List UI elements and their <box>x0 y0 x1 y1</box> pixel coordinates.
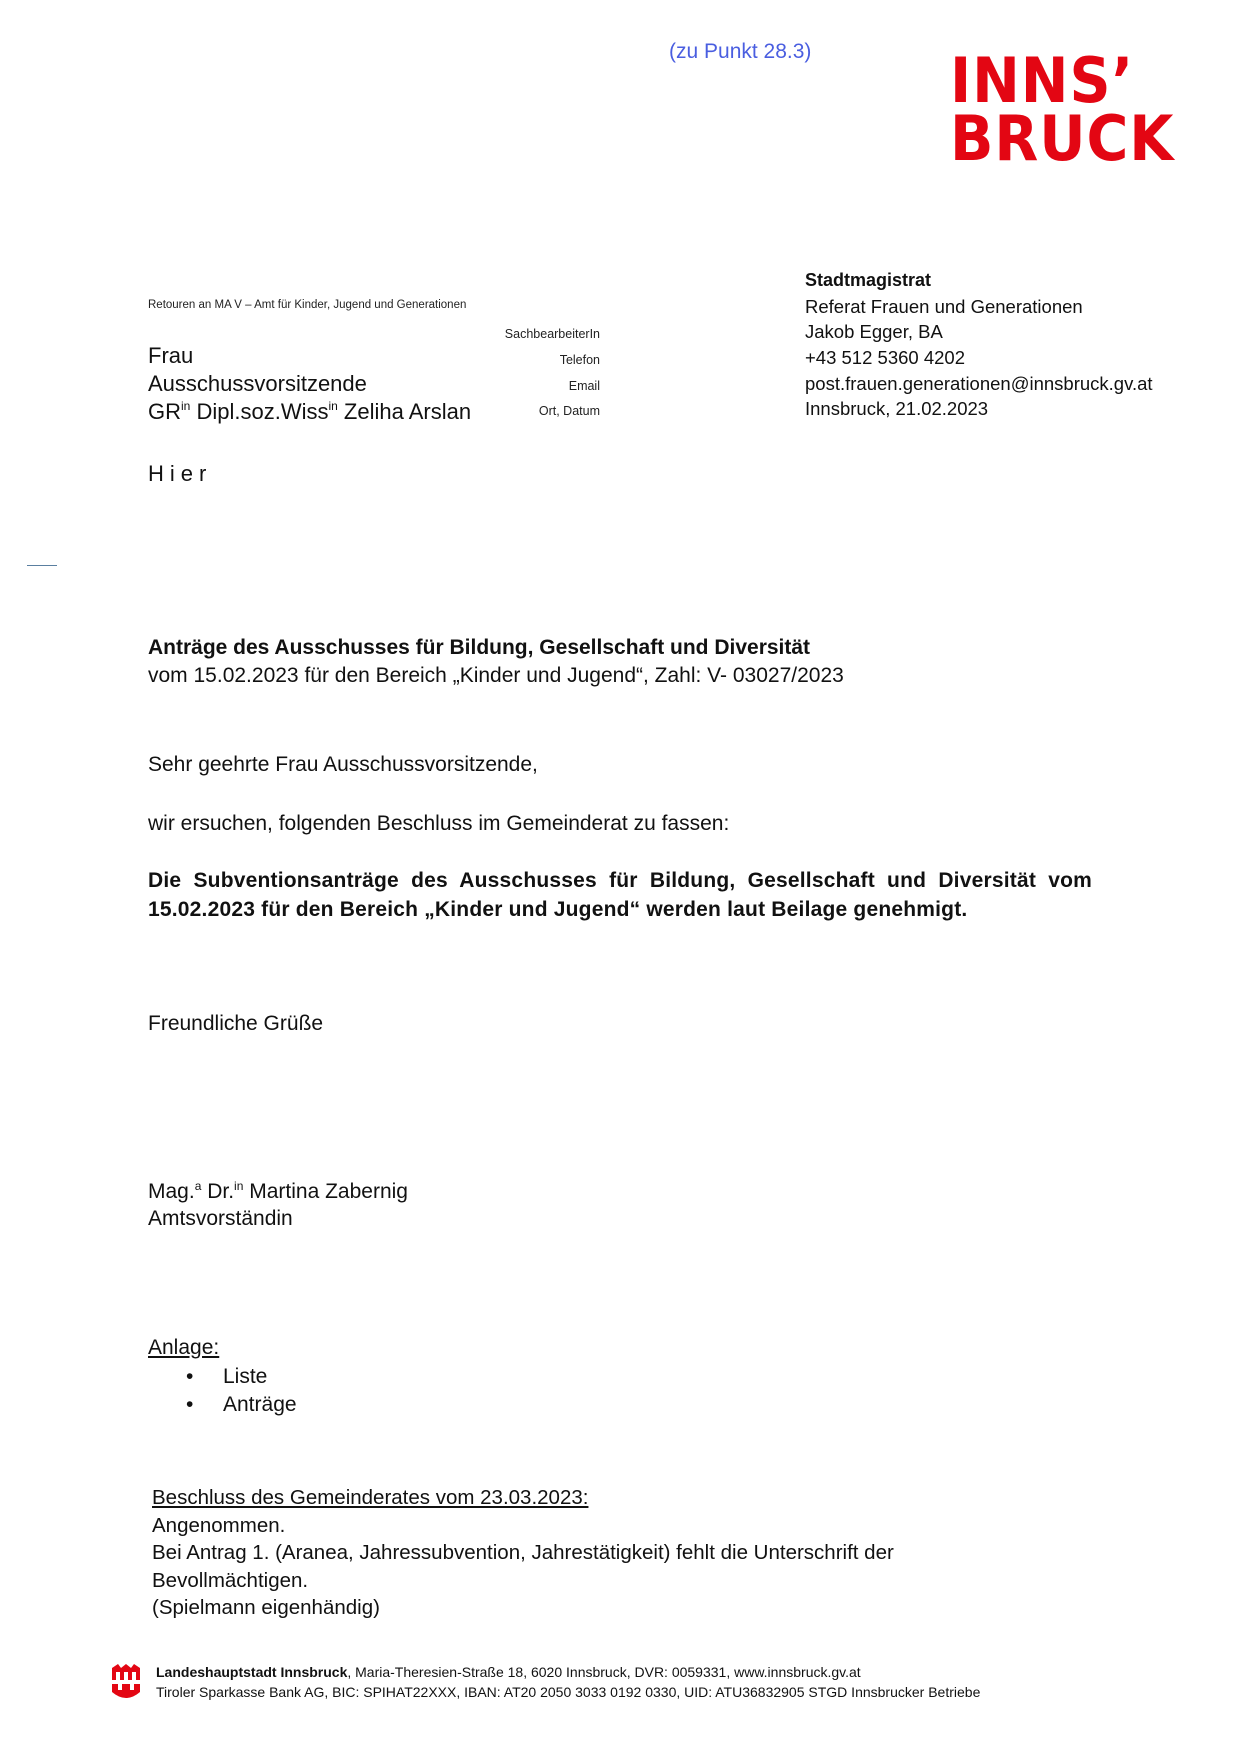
signer-name: Mag.a Dr.in Martina Zabernig <box>148 1178 408 1205</box>
council-decision-line: Bevollmächtigen. <box>152 1567 894 1595</box>
signer-role: Amtsvorständin <box>148 1205 408 1232</box>
return-address: Retouren an MA V – Amt für Kinder, Jugen… <box>148 299 466 311</box>
value-clerk: Jakob Egger, BA <box>805 321 943 343</box>
sender-department: Referat Frauen und Generationen <box>805 296 1083 318</box>
footer-address: , Maria-Theresien-Straße 18, 6020 Innsbr… <box>347 1664 860 1680</box>
recipient-title-suffix-1: in <box>181 399 190 413</box>
attachment-item: • Anträge <box>186 1391 297 1419</box>
value-place-date: Innsbruck, 21.02.2023 <box>805 398 988 420</box>
bullet-icon: • <box>186 1363 193 1391</box>
council-decision-heading: Beschluss des Gemeinderates vom 23.03.20… <box>152 1484 894 1512</box>
footer-bank-line: Tiroler Sparkasse Bank AG, BIC: SPIHAT22… <box>156 1682 980 1702</box>
request-sentence: wir ersuchen, folgenden Beschluss im Gem… <box>148 812 729 836</box>
council-decision-line: (Spielmann eigenhändig) <box>152 1594 894 1622</box>
label-place-date: Ort, Datum <box>410 404 600 418</box>
sender-organisation: Stadtmagistrat <box>805 270 931 291</box>
attachment-item: • Liste <box>186 1363 297 1391</box>
label-phone: Telefon <box>410 353 600 367</box>
signature-block: Mag.a Dr.in Martina Zabernig Amtsvorstän… <box>148 1178 408 1232</box>
fold-mark <box>27 565 57 566</box>
label-clerk: SachbearbeiterIn <box>410 327 600 341</box>
salutation: Sehr geehrte Frau Ausschussvorsitzende, <box>148 753 538 777</box>
signer-title-mag: Mag. <box>148 1180 195 1203</box>
signer-title-dr: Dr. <box>201 1180 234 1203</box>
council-decision-line: Bei Antrag 1. (Aranea, Jahressubvention,… <box>152 1539 894 1567</box>
recipient-title-degree: Dipl.soz.Wiss <box>190 399 328 424</box>
footer-text: Landeshauptstadt Innsbruck, Maria-Theres… <box>156 1662 980 1702</box>
closing-greeting: Freundliche Grüße <box>148 1012 323 1036</box>
recipient-title-gr: GR <box>148 399 181 424</box>
subject-heading: Anträge des Ausschusses für Bildung, Ges… <box>148 636 810 660</box>
agenda-reference: (zu Punkt 28.3) <box>669 40 811 64</box>
council-decision: Beschluss des Gemeinderates vom 23.03.20… <box>152 1484 894 1622</box>
city-coat-of-arms-icon <box>112 1664 140 1702</box>
council-decision-line: Angenommen. <box>152 1512 894 1540</box>
local-delivery-note: Hier <box>148 461 212 487</box>
bullet-icon: • <box>186 1391 193 1419</box>
label-email: Email <box>410 379 600 393</box>
value-email: post.frauen.generationen@innsbruck.gv.at <box>805 373 1153 395</box>
attachment-label: Liste <box>223 1365 267 1388</box>
subject-details: vom 15.02.2023 für den Bereich „Kinder u… <box>148 664 844 688</box>
signer-title-suffix-2: in <box>234 1179 243 1193</box>
proposed-resolution: Die Subventionsanträge des Ausschusses f… <box>148 866 1092 924</box>
value-phone: +43 512 5360 4202 <box>805 347 965 369</box>
signer-full-name: Martina Zabernig <box>243 1180 408 1203</box>
innsbruck-logo: INNS’ BRUCK <box>950 52 1190 182</box>
attachments-heading: Anlage: <box>148 1336 219 1360</box>
footer-city-name: Landeshauptstadt Innsbruck <box>156 1664 347 1680</box>
attachments-list: • Liste • Anträge <box>186 1363 297 1419</box>
logo-line-2: BRUCK <box>950 110 1171 168</box>
attachment-label: Anträge <box>223 1393 297 1416</box>
footer-address-line: Landeshauptstadt Innsbruck, Maria-Theres… <box>156 1662 980 1682</box>
recipient-title-suffix-2: in <box>328 399 337 413</box>
